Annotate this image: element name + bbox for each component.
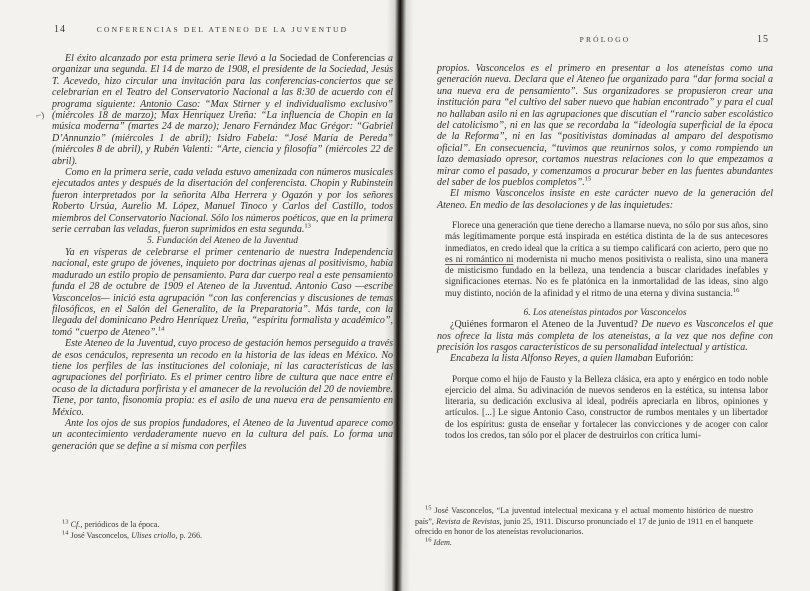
right-body-text: propios. Vasconcelos es el primero en pr… [437, 63, 773, 441]
section-heading: 6. Los ateneístas pintados por Vasconcel… [437, 308, 773, 319]
paragraph: El éxito alcanzado por esta primera seri… [52, 53, 393, 167]
footnote-marker: 15 [425, 504, 432, 511]
footnote-marker: 16 [733, 286, 740, 293]
margin-pencil-mark: ⌐) [35, 109, 44, 120]
roman-emphasis: Euforión: [655, 353, 693, 364]
footnote: 15 José Vasconcelos, “La juventud intele… [415, 506, 753, 538]
paragraph: Este Ateneo de la Juventud, cuyo proceso… [52, 338, 393, 418]
right-running-head: PRÓLOGO [437, 35, 773, 44]
footnote-marker: 16 [425, 536, 432, 543]
footnote: 14 José Vasconcelos, Ulises criollo, p. … [52, 531, 393, 542]
block-quote: Florece una generación que tiene derecho… [437, 220, 773, 298]
roman-emphasis: Sociedad de Conferencias [280, 53, 385, 64]
quote-text: Florece una generación que tiene derecho… [445, 220, 768, 252]
right-page-number: 15 [757, 34, 769, 45]
block-quote: Porque como el hijo de Fausto y la Belle… [437, 374, 773, 441]
right-page: PRÓLOGO 15 propios. Vasconcelos es el pr… [437, 34, 773, 584]
book-scan: 14 CONFERENCIAS DEL ATENEO DE LA JUVENTU… [0, 0, 810, 591]
paragraph: ¿Quiénes formaron el Ateneo de la Juvent… [437, 319, 773, 353]
footnote-marker: 13 [62, 518, 69, 525]
roman-emphasis: ¿Quiénes formaron el Ateneo de la Juvent… [450, 319, 641, 330]
footnote: 16 Idem. [415, 538, 753, 549]
right-footnotes: 15 José Vasconcelos, “La juventud intele… [415, 506, 753, 548]
quote-paragraph: Porque como el hijo de Fausto y la Belle… [445, 374, 768, 441]
paragraph-text: Ya en vísperas de celebrarse el primer c… [52, 247, 393, 338]
footnote-marker: 14 [62, 529, 69, 536]
paragraph: propios. Vasconcelos es el primero en pr… [437, 63, 773, 188]
footnote-italic: Cf., [71, 520, 83, 529]
right-page-header: PRÓLOGO 15 [437, 34, 773, 46]
left-body-text: El éxito alcanzado por esta primera seri… [52, 53, 393, 452]
paragraph-text: El éxito alcanzado por esta primera seri… [65, 53, 280, 64]
pencil-underlined-text: Antonio Caso [140, 99, 197, 110]
quote-paragraph: Florece una generación que tiene derecho… [445, 220, 768, 298]
left-page-header: 14 CONFERENCIAS DEL ATENEO DE LA JUVENTU… [52, 24, 393, 36]
left-page: 14 CONFERENCIAS DEL ATENEO DE LA JUVENTU… [52, 24, 393, 584]
section-heading: 5. Fundación del Ateneo de la Juventud [52, 236, 393, 247]
pencil-underlined-text: 18 de marzo) [98, 110, 154, 121]
paragraph-text: propios. Vasconcelos es el primero en pr… [437, 63, 773, 188]
footnote: 13 Cf., periódicos de la época. [52, 520, 393, 531]
left-footnotes: 13 Cf., periódicos de la época. 14 José … [52, 520, 393, 541]
paragraph: Ante los ojos de sus propios fundadores,… [52, 418, 393, 452]
paragraph: El mismo Vasconcelos insiste en este car… [437, 188, 773, 211]
paragraph-text: Como en la primera serie, cada velada es… [52, 167, 393, 235]
footnote-text: periódicos de la época. [82, 520, 159, 529]
book-gutter-shadow [383, 0, 414, 591]
footnote-italic: Idem. [434, 538, 452, 547]
paragraph: Como en la primera serie, cada velada es… [52, 167, 393, 235]
footnote-marker: 13 [304, 223, 311, 230]
paragraph: Encabeza la lista Alfonso Reyes, a quien… [437, 353, 773, 364]
left-running-head: CONFERENCIAS DEL ATENEO DE LA JUVENTUD [52, 25, 393, 34]
footnote-marker: 15 [585, 176, 592, 183]
paragraph-text: Encabeza la lista Alfonso Reyes, a quien… [450, 353, 655, 364]
paragraph: Ya en vísperas de celebrarse el primer c… [52, 247, 393, 338]
footnote-italic: Revista de Revistas [436, 517, 499, 526]
footnote-marker: 14 [158, 325, 165, 332]
footnote-italic: Ulises criollo [131, 531, 175, 540]
footnote-text: , p. 266. [175, 531, 202, 540]
footnote-text: José Vasconcelos, [71, 531, 132, 540]
